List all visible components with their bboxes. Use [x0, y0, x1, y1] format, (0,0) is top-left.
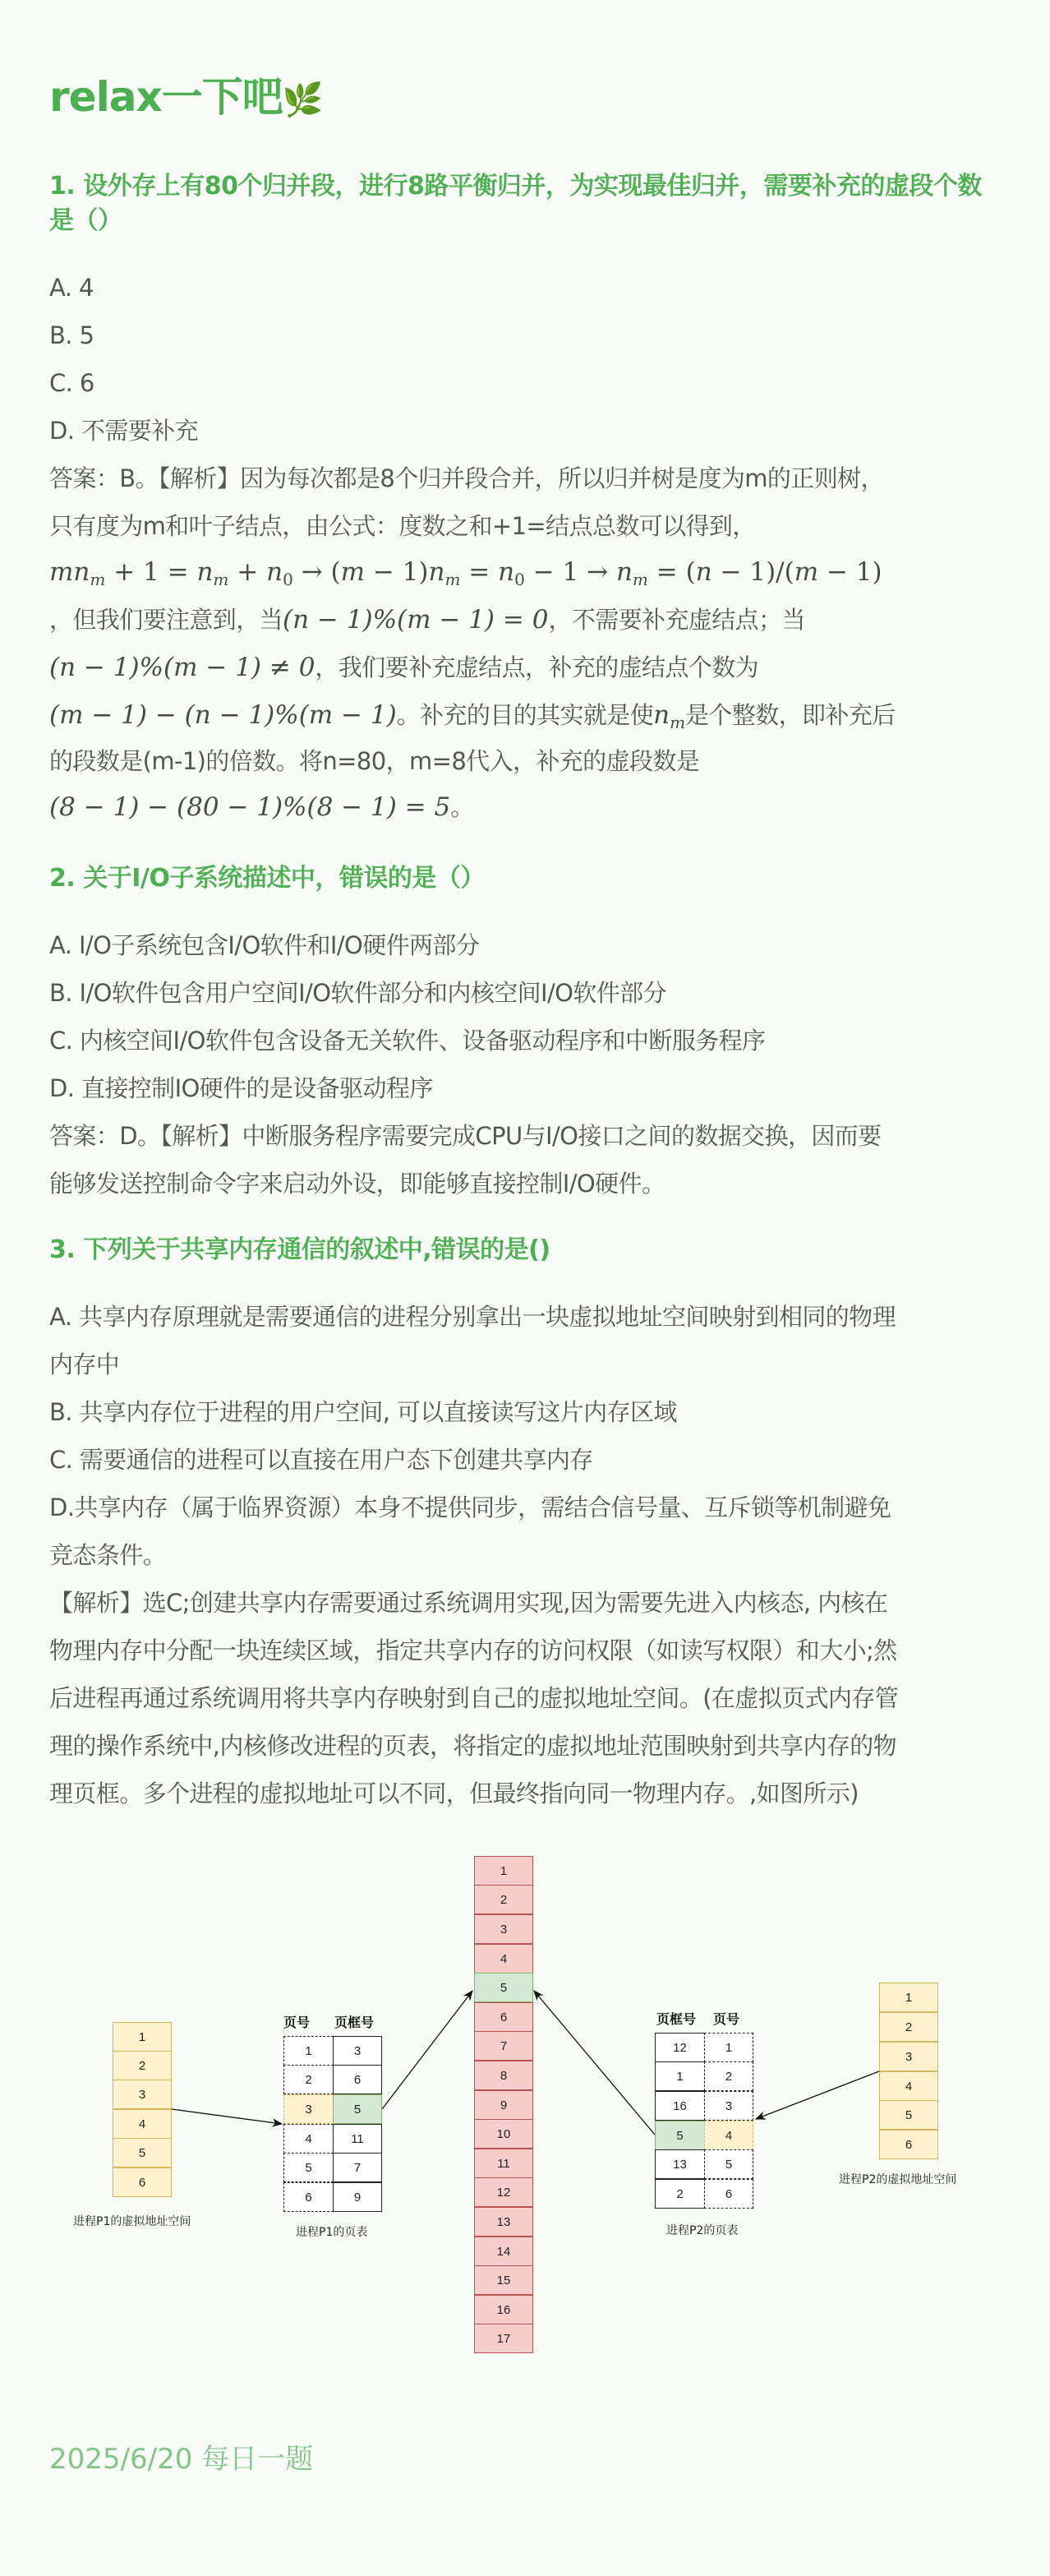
- p1-table-page: 6: [283, 2182, 334, 2212]
- memory-frame: 12: [474, 2177, 533, 2207]
- p2-table-page: 2: [704, 2061, 753, 2091]
- p2-table-page-highlighted: 4: [704, 2121, 753, 2150]
- p1-virtual-page: 1: [113, 2022, 172, 2052]
- p1-table-frame: 3: [333, 2036, 382, 2066]
- memory-frame: 16: [474, 2295, 533, 2324]
- p1-table-page: 4: [283, 2124, 334, 2154]
- p2-table-frame: 13: [655, 2149, 705, 2179]
- p1-table-frame: 7: [333, 2153, 382, 2182]
- memory-frame: 3: [474, 1914, 533, 1944]
- p2-virtual-page: 6: [879, 2130, 938, 2159]
- memory-frame: 6: [474, 2002, 533, 2032]
- memory-frame: 1: [474, 1856, 533, 1886]
- p2-table-frame: 1: [655, 2061, 705, 2091]
- p1-table-frame-highlighted: 5: [333, 2094, 382, 2124]
- p1-virtual-page: 6: [113, 2167, 172, 2197]
- p1-virtual-page: 5: [113, 2138, 172, 2167]
- shared-memory-diagram: 1 2 3 4 5 6 进程P1的虚拟地址空间 页号 页框号 1 3 2 6 3…: [0, 0, 1050, 2576]
- p1-table-label: 进程P1的页表: [296, 2223, 367, 2240]
- p1-table-page: 5: [283, 2153, 334, 2182]
- memory-frame: 7: [474, 2031, 533, 2061]
- memory-frame-shared: 5: [474, 1973, 533, 2002]
- memory-frame: 14: [474, 2237, 533, 2266]
- p2-table-frame: 12: [655, 2033, 705, 2062]
- p2-virtual-page: 3: [879, 2042, 938, 2071]
- p1-virtual-label: 进程P1的虚拟地址空间: [73, 2213, 191, 2229]
- p2-table-page: 1: [704, 2033, 753, 2062]
- p1-table-frame: 9: [333, 2182, 382, 2212]
- p1-table-frame: 11: [333, 2124, 382, 2154]
- p2-table-header-page: 页号: [713, 2009, 739, 2028]
- p2-virtual-page: 4: [879, 2071, 938, 2101]
- p1-table-header-page: 页号: [283, 2012, 310, 2031]
- memory-frame: 17: [474, 2324, 533, 2353]
- p2-table-frame: 2: [655, 2179, 705, 2209]
- memory-frame: 9: [474, 2090, 533, 2120]
- p2-table-frame: 16: [655, 2091, 705, 2121]
- p2-table-page: 6: [704, 2179, 753, 2209]
- p1-table-page-highlighted: 3: [283, 2094, 334, 2124]
- memory-frame: 10: [474, 2119, 533, 2149]
- p2-virtual-page: 5: [879, 2100, 938, 2130]
- p2-virtual-page: 1: [879, 1983, 938, 2012]
- memory-frame: 4: [474, 1944, 533, 1974]
- memory-frame: 8: [474, 2061, 533, 2090]
- p1-table-page: 1: [283, 2036, 334, 2066]
- memory-frame: 15: [474, 2265, 533, 2295]
- footer-date: 2025/6/20: [49, 2443, 192, 2476]
- footer-label: 每日一题: [201, 2443, 313, 2476]
- footer: 2025/6/20 每日一题: [49, 2441, 313, 2477]
- p2-table-header-frame: 页框号: [656, 2009, 696, 2028]
- p1-table-frame: 6: [333, 2065, 382, 2094]
- p2-table-label: 进程P2的页表: [666, 2222, 738, 2238]
- p2-table-frame-highlighted: 5: [655, 2121, 705, 2150]
- memory-frame: 11: [474, 2149, 533, 2178]
- p1-virtual-page: 3: [113, 2080, 172, 2109]
- p2-virtual-label: 进程P2的虚拟地址空间: [839, 2171, 956, 2187]
- p1-virtual-page: 2: [113, 2051, 172, 2080]
- p1-table-page: 2: [283, 2065, 334, 2094]
- p1-table-header-frame: 页框号: [334, 2012, 374, 2031]
- p2-table-page: 3: [704, 2091, 753, 2121]
- p2-table-page: 5: [704, 2149, 753, 2179]
- memory-frame: 2: [474, 1885, 533, 1914]
- p1-virtual-page: 4: [113, 2109, 172, 2139]
- p2-virtual-page: 2: [879, 2012, 938, 2042]
- memory-frame: 13: [474, 2207, 533, 2237]
